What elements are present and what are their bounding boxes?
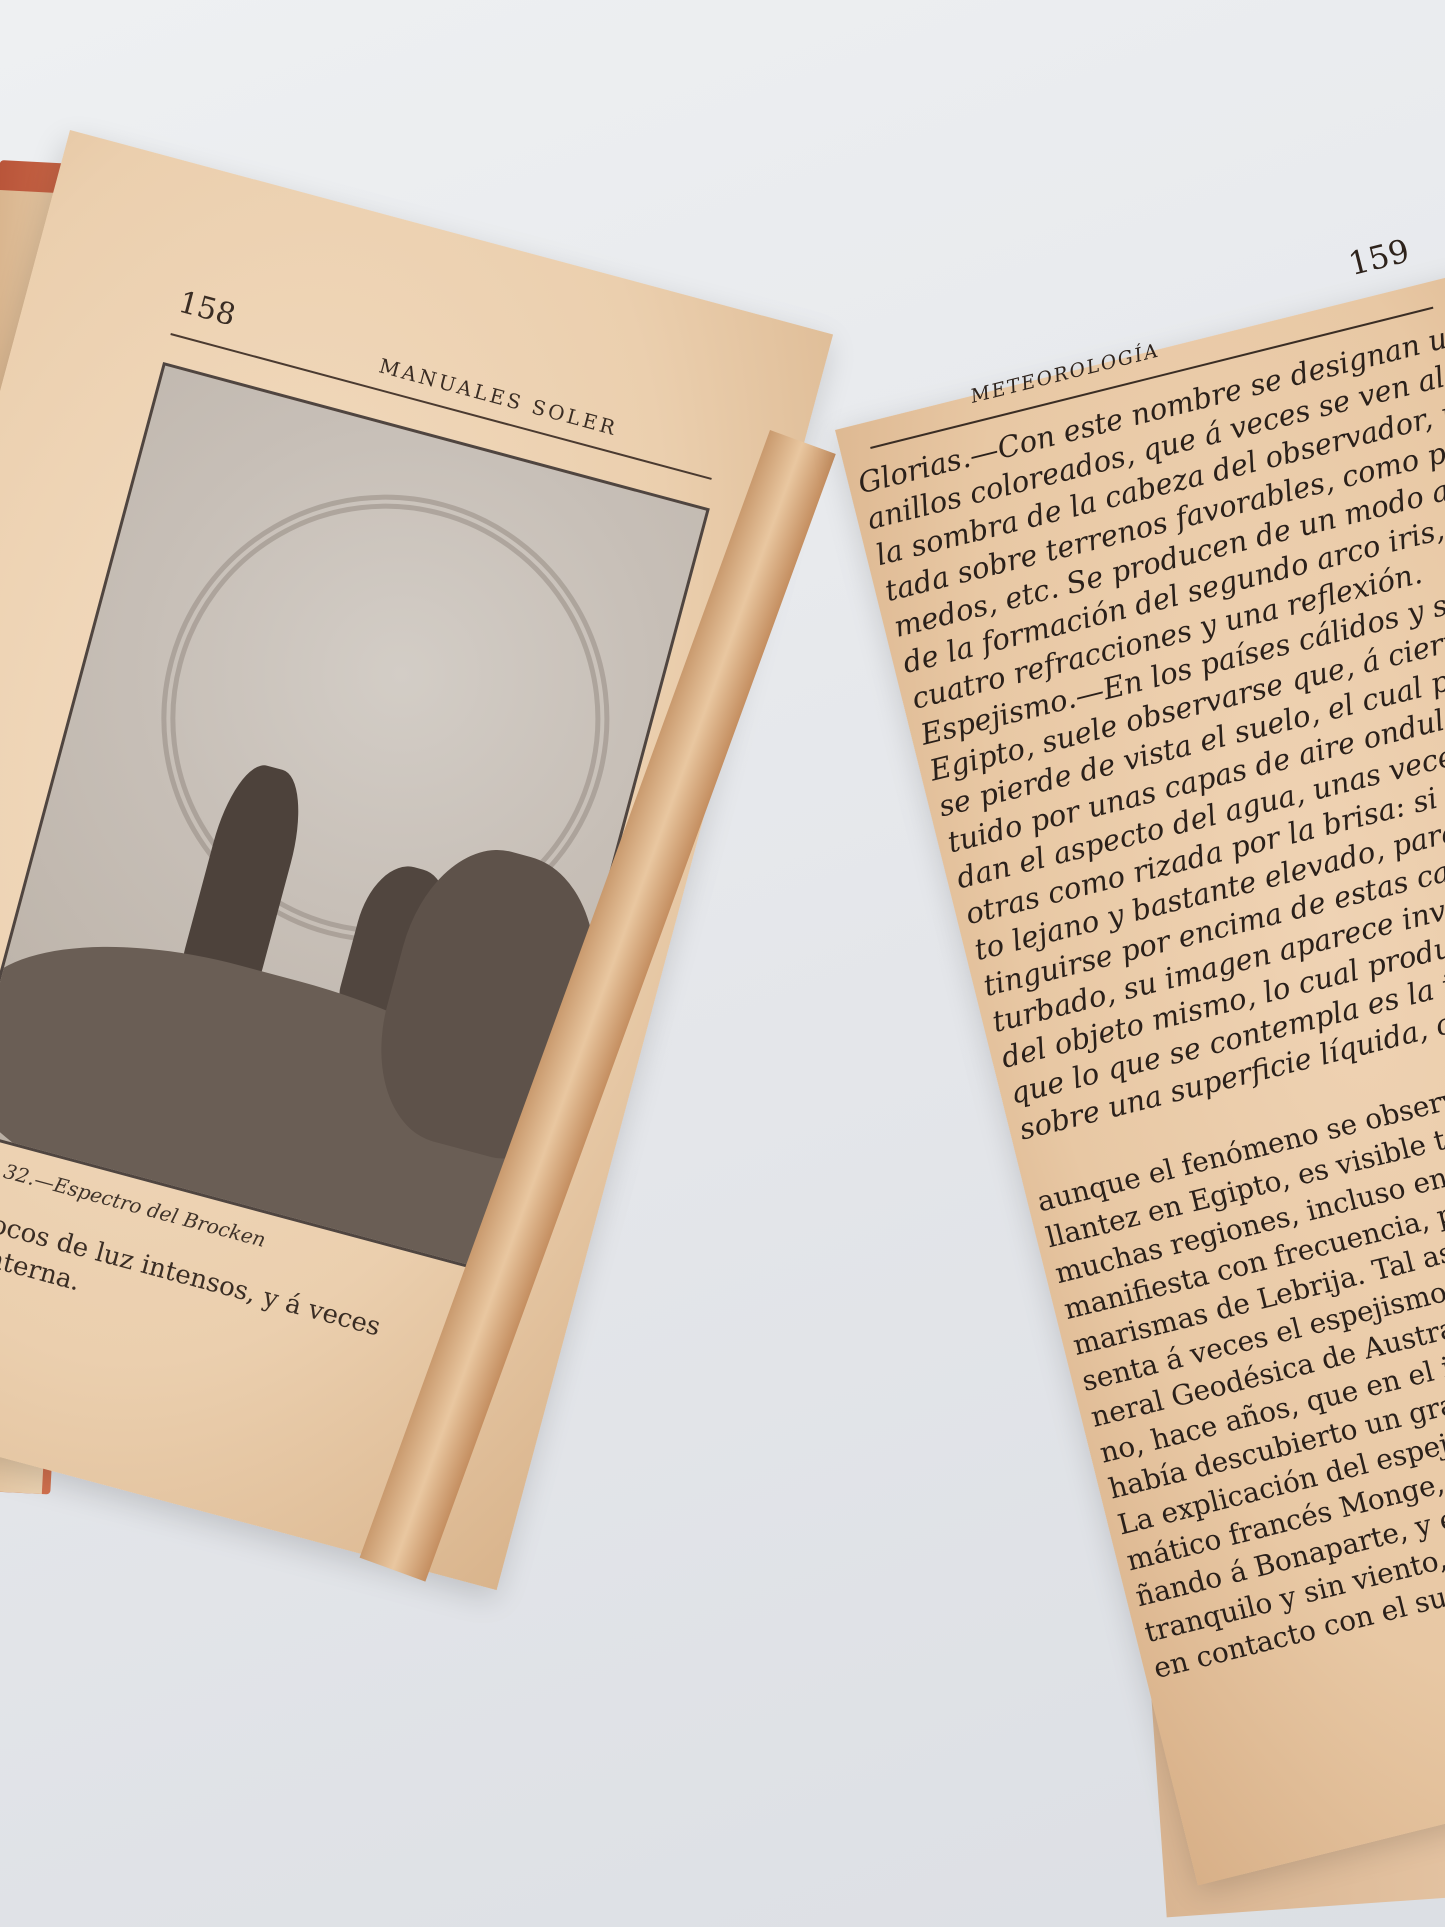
page-number: 158	[175, 285, 239, 334]
illustration-brocken-spectre	[0, 362, 710, 1277]
